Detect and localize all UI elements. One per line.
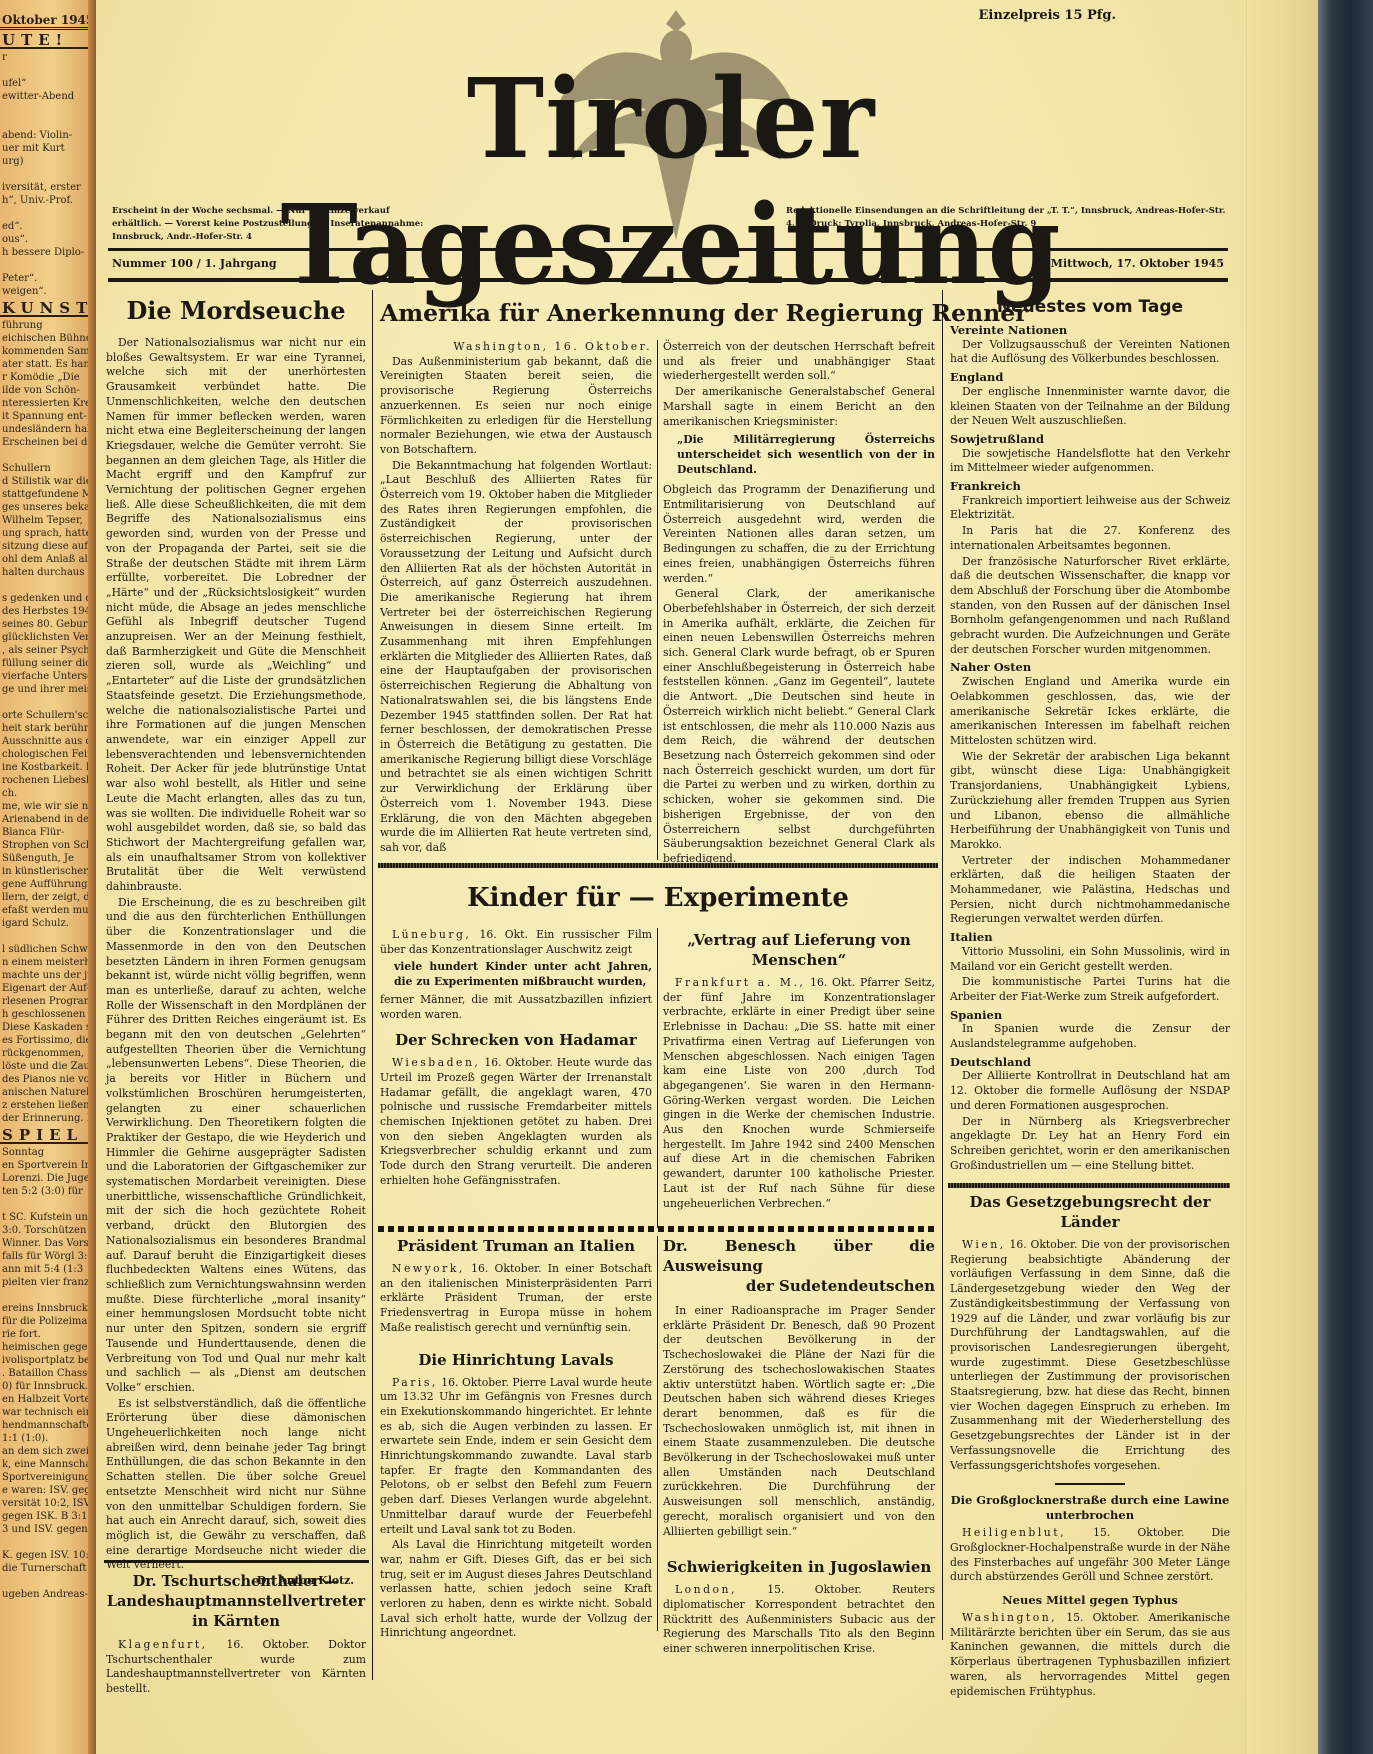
article-mordseuche: Die Mordseuche Der Nationalsozialismus w… bbox=[106, 290, 366, 1589]
article-paragraph: Die Bekanntmachung hat folgenden Wortlau… bbox=[380, 459, 652, 856]
previous-page-line: war technisch einwand- bbox=[0, 1406, 96, 1419]
previous-page-line: es Fortissimo, die im- bbox=[0, 1034, 96, 1047]
dateline: Frankfurt a. M., bbox=[675, 976, 805, 989]
previous-page-line: undesländern haben bbox=[0, 423, 96, 436]
article-benesch-jugoslawien: Dr. Benesch über die Ausweisung der Sude… bbox=[663, 1236, 935, 1658]
previous-page-line: iversität, erster bbox=[0, 181, 96, 194]
previous-page-line: en Sportverein Inns- bbox=[0, 1159, 96, 1172]
previous-page-line: eichischen Bühnen- bbox=[0, 332, 96, 345]
previous-page-line: heit stark berührten, bbox=[0, 722, 96, 735]
article-amerika-left: Washington, 16. Oktober. Das Außenminist… bbox=[380, 340, 652, 857]
previous-page-line: Lorenzi. Die Jugend bbox=[0, 1172, 96, 1185]
article-paragraph: Obgleich das Programm der Denazifierung … bbox=[663, 483, 935, 586]
previous-page-line bbox=[0, 207, 96, 220]
previous-page-line: ewitter-Abend bbox=[0, 90, 96, 103]
section-rule bbox=[948, 1183, 1230, 1188]
previous-page-line: abend: Violin- bbox=[0, 129, 96, 142]
digest-item: Der französische Naturforscher Rivet erk… bbox=[950, 555, 1230, 658]
digest-title: Neuestes vom Tage bbox=[950, 294, 1230, 320]
previous-page-line: uer mit Kurt bbox=[0, 142, 96, 155]
previous-page-heading-3: SPIEL bbox=[0, 1129, 96, 1144]
subheadline: Schwierigkeiten in Jugoslawien bbox=[663, 1557, 935, 1577]
article-paragraph: Der amerikanische Generalstabschef Gener… bbox=[663, 385, 935, 429]
previous-page-line: für die Polizeimann- bbox=[0, 1315, 96, 1328]
digest-item: Wie der Sekretär der arabischen Liga bek… bbox=[950, 750, 1230, 853]
previous-page-line: t SC. Kufstein unter- bbox=[0, 1211, 96, 1224]
previous-page-line: it Spannung ent- bbox=[0, 410, 96, 423]
previous-page-text-1: r ufel“ewitter-Abend abend: Violin-uer m… bbox=[0, 51, 96, 298]
article-gesetzgebung: Das Gesetzgebungsrecht der Länder Wien, … bbox=[950, 1192, 1230, 1700]
article-amerika-right: Österreich von der deutschen Herrschaft … bbox=[663, 340, 935, 868]
previous-page-line: rochenen Liebesbrie- bbox=[0, 774, 96, 787]
digest-sections: Vereinte NationenDer Vollzugsausschuß de… bbox=[950, 323, 1230, 1173]
previous-page-line: efaßt werden muß. bbox=[0, 904, 96, 917]
article-title: Dr. Tschurtschenthaler — Landeshauptmann… bbox=[106, 1572, 366, 1632]
previous-page-heading-2: KUNST bbox=[0, 302, 96, 317]
previous-page-line: , als seiner Psycho- bbox=[0, 644, 96, 657]
section-rule bbox=[104, 1560, 369, 1563]
previous-page-line: d Stilistik war die bbox=[0, 475, 96, 488]
dateline: London, bbox=[675, 1583, 737, 1596]
digest-item: Die sowjetische Handelsflotte hat den Ve… bbox=[950, 447, 1230, 476]
previous-page-line: ges unseres bekann- bbox=[0, 501, 96, 514]
divider bbox=[1055, 1483, 1125, 1485]
page-edges bbox=[1246, 0, 1318, 1754]
dateline: Lüneburg, bbox=[392, 928, 471, 941]
section-rule bbox=[378, 863, 938, 868]
previous-page-line: s gedenken und des bbox=[0, 592, 96, 605]
article-text: In einer Radioansprache im Prager Sender… bbox=[663, 1304, 935, 1539]
article-text: 16. Okt. Pfarrer Seitz, der fünf Jahre i… bbox=[663, 976, 935, 1210]
digest-section-label: Spanien bbox=[950, 1008, 1230, 1023]
article-text: 16. Oktober. Heute wurde das Urteil im P… bbox=[380, 1056, 652, 1187]
previous-page-line bbox=[0, 1536, 96, 1549]
previous-page-line: Eigenart der Auf- bbox=[0, 982, 96, 995]
book-binding bbox=[1318, 0, 1373, 1754]
previous-page-line: die Turnerschaft Inns- bbox=[0, 1562, 96, 1575]
article-kinder-left: Lüneburg, 16. Okt. Ein russischer Film ü… bbox=[380, 928, 652, 1190]
previous-page-line: ann mit 5:4 (1:3 bbox=[0, 1263, 96, 1276]
digest-item: Zwischen England und Amerika wurde ein O… bbox=[950, 675, 1230, 749]
previous-page-line: k, eine Mannschaft der bbox=[0, 1458, 96, 1471]
price: Einzelpreis 15 Pfg. bbox=[979, 8, 1116, 23]
previous-page-line: der Erinnerung. Ed. bbox=[0, 1112, 96, 1125]
digest-item: Der englische Innenminister warnte davor… bbox=[950, 385, 1230, 429]
previous-page-line: Süßenguth, Je bbox=[0, 852, 96, 865]
previous-page-line bbox=[0, 1289, 96, 1302]
previous-page-line: Winner. Das Vorspiel bbox=[0, 1237, 96, 1250]
previous-page-line: hendmannschaften ISK bbox=[0, 1419, 96, 1432]
previous-page-line: ous“. bbox=[0, 233, 96, 246]
previous-page-line: Arienabend in dessen bbox=[0, 813, 96, 826]
dateline: Wiesbaden, bbox=[392, 1056, 480, 1069]
digest-item: Frankreich importiert leihweise aus der … bbox=[950, 494, 1230, 523]
previous-page-line: r bbox=[0, 51, 96, 64]
article-kinder-right: „Vertrag auf Lieferung von Menschen“ Fra… bbox=[663, 928, 935, 1212]
previous-page-line bbox=[0, 696, 96, 709]
digest-item: In Paris hat die 27. Konferenz des inter… bbox=[950, 524, 1230, 553]
previous-page-line bbox=[0, 116, 96, 129]
previous-page-line: falls für Wörgl 3:1 bbox=[0, 1250, 96, 1263]
previous-page-line bbox=[0, 1575, 96, 1588]
headline-kinder: Kinder für — Experimente bbox=[380, 880, 936, 916]
newspaper-page: Einzelpreis 15 Pfg. Tiroler Tageszeitung… bbox=[96, 0, 1246, 1754]
previous-page-line: 0) für Innsbruck. In bbox=[0, 1380, 96, 1393]
previous-page-text-2: führungeichischen Bühnen-kommenden Sams-… bbox=[0, 319, 96, 1125]
article-paragraph: Das Außenministerium gab bekannt, daß di… bbox=[380, 355, 652, 458]
article-paragraph: General Clark, der amerikanische Oberbef… bbox=[663, 587, 935, 866]
article-paragraph: Der Nationalsozialismus war nicht nur ei… bbox=[106, 336, 366, 895]
article-tschurtschenthaler: Dr. Tschurtschenthaler — Landeshauptmann… bbox=[106, 1572, 366, 1698]
column-divider bbox=[657, 928, 658, 1228]
digest-item: Vittorio Mussolini, ein Sohn Mussolinis,… bbox=[950, 945, 1230, 974]
previous-page-line: versität 10:2, ISV. ge- bbox=[0, 1497, 96, 1510]
previous-page-line: n einem meisterhaften bbox=[0, 956, 96, 969]
column-divider bbox=[372, 290, 373, 1680]
digest-section-label: Naher Osten bbox=[950, 660, 1230, 675]
previous-page-line: in künstlerischer, fein bbox=[0, 865, 96, 878]
previous-page-line: 1:1 (1:0). bbox=[0, 1432, 96, 1445]
issue-number: Nummer 100 / 1. Jahrgang bbox=[112, 257, 277, 270]
previous-page-line: glücklichsten Vereini- bbox=[0, 631, 96, 644]
column-divider bbox=[657, 340, 658, 860]
previous-page-line: me, wie wir sie noch bbox=[0, 800, 96, 813]
previous-page-line bbox=[0, 449, 96, 462]
digest-item: In Spanien wurde die Zensur der Auslands… bbox=[950, 1022, 1230, 1051]
previous-page-line: Diese Kaskaden spru- bbox=[0, 1021, 96, 1034]
previous-page-line: Peter“. bbox=[0, 272, 96, 285]
dateline: Klagenfurt, bbox=[118, 1638, 208, 1651]
previous-page-line: ilde von Schön- bbox=[0, 384, 96, 397]
article-text: ferner Männer, die mit Aussatzbazillen i… bbox=[380, 993, 652, 1022]
previous-page-line: des Herbstes 1945 bbox=[0, 605, 96, 618]
previous-page-line: z erstehen ließen. Ed- bbox=[0, 1099, 96, 1112]
subheadline: Neues Mittel gegen Typhus bbox=[950, 1593, 1230, 1608]
subheadline: „Vertrag auf Lieferung von Menschen“ bbox=[663, 930, 935, 970]
previous-page-line bbox=[0, 1198, 96, 1211]
previous-page-line: gegen ISK. B 3:1 bbox=[0, 1510, 96, 1523]
article-paragraph: Die Erscheinung, die es zu beschreiben g… bbox=[106, 896, 366, 1396]
previous-page-line bbox=[0, 930, 96, 943]
previous-page-line: ung sprach, hatte in bbox=[0, 527, 96, 540]
previous-page-line: ivolisportplatz bestritten bbox=[0, 1354, 96, 1367]
digest-section-label: Italien bbox=[950, 930, 1230, 945]
previous-page-line bbox=[0, 168, 96, 181]
masthead-title: Tiroler Tageszeitung bbox=[116, 56, 1226, 308]
previous-page-line: seines 80. Geburts- bbox=[0, 618, 96, 631]
article-paragraph: Als Laval die Hinrichtung mitgeteilt wor… bbox=[380, 1538, 652, 1641]
previous-page-line bbox=[0, 64, 96, 77]
previous-page-line: füllung seiner dichte- bbox=[0, 657, 96, 670]
subheadline: Die Großglocknerstraße durch eine Lawine… bbox=[950, 1493, 1230, 1523]
digest-section-label: Deutschland bbox=[950, 1055, 1230, 1070]
article-text: 16. Oktober. Pierre Laval wurde heute um… bbox=[380, 1376, 652, 1536]
previous-page-line: Wilhelm Tepser, bbox=[0, 514, 96, 527]
previous-page-line: rückgenommen, sich z bbox=[0, 1047, 96, 1060]
imprint-left: Erscheint in der Woche sechsmal. — Nur i… bbox=[112, 205, 442, 244]
dateline: Washington, 16. Oktober. bbox=[380, 340, 652, 355]
previous-page-line: llern, der zeigt, daß bbox=[0, 891, 96, 904]
issue-date: Mittwoch, 17. Oktober 1945 bbox=[1051, 257, 1224, 270]
previous-page-line: löste und die Zauber bbox=[0, 1060, 96, 1073]
previous-page-line: anischen Naturell so bbox=[0, 1086, 96, 1099]
article-paragraph: Österreich von der deutschen Herrschaft … bbox=[663, 340, 935, 384]
dateline: Newyork, bbox=[392, 1262, 465, 1275]
previous-page-line: 3:0. Torschützen für bbox=[0, 1224, 96, 1237]
previous-page-line: halten durchaus ge- bbox=[0, 566, 96, 579]
previous-page-line: ufel“ bbox=[0, 77, 96, 90]
previous-page-line: stattgefundene Mor- bbox=[0, 488, 96, 501]
article-text: 16. Oktober. Die von der provisorischen … bbox=[950, 1238, 1230, 1472]
previous-page-line: orte Schullern'scher bbox=[0, 709, 96, 722]
previous-page-line: K. gegen ISV. 10:2 bbox=[0, 1549, 96, 1562]
subheadline: Die Hinrichtung Lavals bbox=[380, 1350, 652, 1370]
previous-page-line: igard Schulz. bbox=[0, 917, 96, 930]
news-digest: Neuestes vom Tage Vereinte NationenDer V… bbox=[950, 290, 1230, 1174]
previous-page-line: urg) bbox=[0, 155, 96, 168]
previous-page-line: Blanca Flür- bbox=[0, 826, 96, 839]
previous-page-line: Sportvereinigung betei- bbox=[0, 1471, 96, 1484]
previous-page-line: Ausschnitte aus dem bbox=[0, 735, 96, 748]
previous-page-line: nteressierten Kreise bbox=[0, 397, 96, 410]
page-gutter bbox=[88, 0, 96, 1754]
previous-page-line: an dem sich zwei Mann- bbox=[0, 1445, 96, 1458]
previous-page-line: r Komödie „Die bbox=[0, 371, 96, 384]
dateline: Heiligenblut, bbox=[962, 1526, 1066, 1539]
previous-page-strip: Oktober 1945 UTE! r ufel“ewitter-Abend a… bbox=[0, 0, 96, 1754]
previous-page-line: ten 5:2 (3:0) für bbox=[0, 1185, 96, 1198]
previous-page-line: h bessere Diplo- bbox=[0, 246, 96, 259]
section-rule bbox=[378, 1226, 938, 1232]
previous-page-line: Strophen von Schel- bbox=[0, 839, 96, 852]
column-divider bbox=[942, 290, 943, 1640]
previous-page-line: Sonntag bbox=[0, 1146, 96, 1159]
article-emphasis: viele hundert Kinder unter acht Jahren, … bbox=[380, 960, 652, 989]
previous-page-date: Oktober 1945 bbox=[0, 0, 96, 30]
dateline: Washington, bbox=[962, 1611, 1057, 1624]
subheadline: Präsident Truman an Italien bbox=[380, 1236, 652, 1256]
digest-item: Der Alliierte Kontrollrat in Deutschland… bbox=[950, 1069, 1230, 1113]
digest-item: Vertreter der indischen Mohammedaner erk… bbox=[950, 854, 1230, 928]
article-paragraph: Es ist selbstverständlich, daß die öffen… bbox=[106, 1397, 366, 1573]
previous-page-line: vierfache Unterschei- bbox=[0, 670, 96, 683]
previous-page-line: rlesenen Programmes bbox=[0, 995, 96, 1008]
digest-section-label: Frankreich bbox=[950, 479, 1230, 494]
previous-page-line bbox=[0, 259, 96, 272]
article-truman-laval: Präsident Truman an Italien Newyork, 16.… bbox=[380, 1236, 652, 1642]
previous-page-line: machte uns der junge bbox=[0, 969, 96, 982]
previous-page-line bbox=[0, 579, 96, 592]
digest-section-label: England bbox=[950, 370, 1230, 385]
article-title: Die Mordseuche bbox=[106, 294, 366, 328]
subheadline: der Sudetendeutschen bbox=[663, 1276, 935, 1296]
previous-page-line: Erscheinen bei der bbox=[0, 436, 96, 449]
subheadline: Der Schrecken von Hadamar bbox=[380, 1030, 652, 1050]
previous-page-line: ge und ihrer meisten bbox=[0, 683, 96, 696]
previous-page-line: ch. bbox=[0, 787, 96, 800]
previous-page-line: ine Kostbarkeit. Die bbox=[0, 761, 96, 774]
digest-item: Der in Nürnberg als Kriegsverbrecher ang… bbox=[950, 1115, 1230, 1174]
previous-page-line: 3 und ISV. gegen bbox=[0, 1523, 96, 1536]
previous-page-line: weigen“. bbox=[0, 285, 96, 298]
article-quote: „Die Militärregierung Österreichs unters… bbox=[663, 433, 935, 477]
previous-page-line: . Bataillon Chasseurs bbox=[0, 1367, 96, 1380]
previous-page-line: Schullern bbox=[0, 462, 96, 475]
subheadline: Dr. Benesch über die Ausweisung bbox=[663, 1236, 935, 1276]
digest-item: Der Vollzugsausschuß der Vereinten Natio… bbox=[950, 338, 1230, 367]
previous-page-line: rie fort. bbox=[0, 1328, 96, 1341]
dateline: Paris, bbox=[392, 1376, 438, 1389]
previous-page-line: gene Aufführung des bbox=[0, 878, 96, 891]
digest-section-label: Vereinte Nationen bbox=[950, 323, 1230, 338]
digest-item: Die kommunistische Partei Turins hat die… bbox=[950, 975, 1230, 1004]
previous-page-line bbox=[0, 103, 96, 116]
previous-page-line: e waren: ISV. gegen bbox=[0, 1484, 96, 1497]
subheadline: Das Gesetzgebungsrecht der Länder bbox=[950, 1192, 1230, 1232]
previous-page-text-3: Sonntagen Sportverein Inns-Lorenzi. Die … bbox=[0, 1146, 96, 1601]
previous-page-line: heimischen gegen eine bbox=[0, 1341, 96, 1354]
previous-page-line: ohl dem Anlaß als bbox=[0, 553, 96, 566]
imprint-right: Redaktionelle Einsendungen an die Schrif… bbox=[786, 205, 1236, 231]
previous-page-line: führung bbox=[0, 319, 96, 332]
issue-rule bbox=[108, 278, 1228, 282]
previous-page-line: ed“. bbox=[0, 220, 96, 233]
previous-page-line: en Halbzeit Vorteile bbox=[0, 1393, 96, 1406]
previous-page-line: ugeben Andreas-Hofer bbox=[0, 1588, 96, 1601]
previous-page-line: h geschlossenen Abend bbox=[0, 1008, 96, 1021]
previous-page-line: des Pianos nie vo- bbox=[0, 1073, 96, 1086]
headline-amerika: Amerika für Anerkennung der Regierung Re… bbox=[380, 296, 936, 330]
column-divider bbox=[657, 1236, 658, 1631]
previous-page-line: kommenden Sams- bbox=[0, 345, 96, 358]
previous-page-line: chologischen Feinheit bbox=[0, 748, 96, 761]
previous-page-line: pielten vier französische bbox=[0, 1276, 96, 1289]
previous-page-line: h“, Univ.-Prof. bbox=[0, 194, 96, 207]
digest-section-label: Sowjetrußland bbox=[950, 432, 1230, 447]
previous-page-line: ater statt. Es han- bbox=[0, 358, 96, 371]
header-rule bbox=[108, 248, 1228, 251]
previous-page-line: l südlichen Schwun- bbox=[0, 943, 96, 956]
previous-page-line: ereins Innsbruck gegen bbox=[0, 1302, 96, 1315]
previous-page-heading-1: UTE! bbox=[0, 34, 96, 49]
dateline: Wien, bbox=[962, 1238, 1006, 1251]
previous-page-line: sitzung diese auf ein bbox=[0, 540, 96, 553]
